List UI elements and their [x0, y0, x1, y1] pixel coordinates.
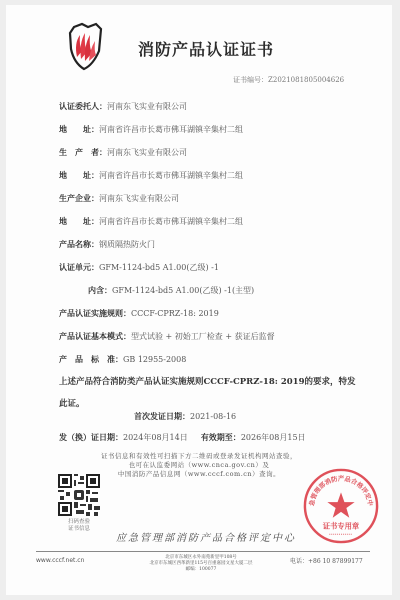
field-label: 内含: [88, 285, 104, 296]
qr-caption-line: 证书信息: [56, 526, 102, 533]
field-label: 地 址: [59, 216, 91, 227]
field-value: 河南东飞实业有限公司: [107, 148, 187, 157]
footer-postcode: 邮编：100077: [116, 567, 286, 573]
field-product-name: 产品名称：钢质隔热防火门: [59, 239, 155, 250]
field-label: 认证单元: [59, 262, 91, 273]
field-value: 型式试验 + 初始工厂检查 + 获证后监督: [131, 332, 275, 341]
certificate-number: 证书编号：Z2021081805004626: [233, 75, 344, 85]
field-value: 河南省许昌市长葛市佛耳湖镇辛集村二组: [99, 217, 243, 226]
field-value: CCCF-CPRZ-18: 2019: [131, 309, 219, 318]
official-seal-icon: 应急管理部消防产品合格评定中心 证书专用章: [302, 467, 380, 545]
fire-shield-logo-icon: [68, 21, 104, 71]
field-label: 产 品 标 准: [59, 354, 115, 365]
first-issue-date: 首次发证日期：2021-08-16: [134, 411, 236, 422]
field-manufacturer: 生 产 者：河南东飞实业有限公司: [59, 147, 187, 158]
footer-website-link[interactable]: www.cccf.net.cn: [36, 557, 84, 564]
svg-text:证书专用章: 证书专用章: [323, 521, 360, 530]
field-label: 认证委托人: [59, 101, 99, 112]
field-label: 产品认证实施规则: [59, 308, 123, 319]
certificate-page: 消防产品认证证书 证书编号：Z2021081805004626 认证委托人：河南…: [6, 5, 392, 595]
issue-validity-dates: 发（换）证日期：2024年08月14日 有效期至：2026年08月15日: [59, 432, 306, 443]
field-production-address: 地 址：河南省许昌市长葛市佛耳湖镇辛集村二组: [59, 216, 243, 227]
field-value: GFM-1124-bd5 A1.00(乙级) -1: [99, 263, 219, 272]
issue-date-label: 发（换）证日期：: [59, 432, 123, 443]
qr-caption-line: 扫码查验: [56, 519, 102, 526]
field-label: 产品名称: [59, 239, 91, 250]
field-product-standard: 产 品 标 准：GB 12955-2008: [59, 354, 186, 365]
field-applicant: 认证委托人：河南东飞实业有限公司: [59, 101, 187, 112]
field-label: 产品认证基本模式: [59, 331, 123, 342]
certificate-number-value: Z2021081805004626: [268, 76, 344, 84]
field-value: 河南省许昌市长葛市佛耳湖镇辛集村二组: [99, 171, 243, 180]
field-label: 地 址: [59, 124, 91, 135]
field-label: 生 产 者: [59, 147, 99, 158]
issue-date-value: 2024年08月14日: [123, 433, 188, 442]
first-issue-label: 首次发证日期：: [134, 411, 190, 422]
verify-line: 证书信息和有效性可扫描下方二维码或登录发证机构网站查验，: [6, 451, 392, 460]
issuing-authority: 应急管理部消防产品合格评定中心: [116, 529, 296, 544]
field-value: 河南省许昌市长葛市佛耳湖镇辛集村二组: [99, 125, 243, 134]
field-implementation-rules: 产品认证实施规则：CCCF-CPRZ-18: 2019: [59, 308, 219, 319]
valid-until-label: 有效期至：: [201, 432, 241, 443]
valid-until-value: 2026年08月15日: [241, 433, 306, 442]
field-value: 钢质隔热防火门: [99, 240, 155, 249]
field-label: 地 址: [59, 170, 91, 181]
certificate-number-label: 证书编号：: [233, 76, 268, 84]
field-value: GFM-1124-bd5 A1.00(乙级) -1(主型): [112, 286, 254, 295]
field-applicant-address: 地 址：河南省许昌市长葛市佛耳湖镇辛集村二组: [59, 124, 243, 135]
footer-divider: [36, 551, 370, 552]
field-value: 河南东飞实业有限公司: [99, 194, 179, 203]
footer-address: 北京市东城区永外南苑新里甲108号 北京市东城区西革新里115号百重嘉园文星大厦…: [116, 555, 286, 573]
field-includes: 内含：GFM-1124-bd5 A1.00(乙级) -1(主型): [88, 285, 254, 296]
first-issue-value: 2021-08-16: [190, 412, 236, 421]
qr-code-icon[interactable]: [58, 473, 100, 517]
field-production-enterprise: 生产企业：河南东飞实业有限公司: [59, 193, 179, 204]
field-value: 河南东飞实业有限公司: [107, 102, 187, 111]
certificate-title: 消防产品认证证书: [138, 37, 274, 60]
field-certification-unit: 认证单元：GFM-1124-bd5 A1.00(乙级) -1: [59, 262, 219, 273]
field-manufacturer-address: 地 址：河南省许昌市长葛市佛耳湖镇辛集村二组: [59, 170, 243, 181]
field-certification-mode: 产品认证基本模式：型式试验 + 初始工厂检查 + 获证后监督: [59, 331, 275, 342]
conformity-statement: 上述产品符合消防类产品认证实施规则CCCF-CPRZ-18: 2019的要求，特…: [59, 371, 359, 415]
qr-caption: 扫码查验 证书信息: [56, 519, 102, 533]
field-value: GB 12955-2008: [123, 355, 186, 364]
footer-telephone: 电话：+86 10 87899177: [290, 556, 363, 565]
field-label: 生产企业: [59, 193, 91, 204]
